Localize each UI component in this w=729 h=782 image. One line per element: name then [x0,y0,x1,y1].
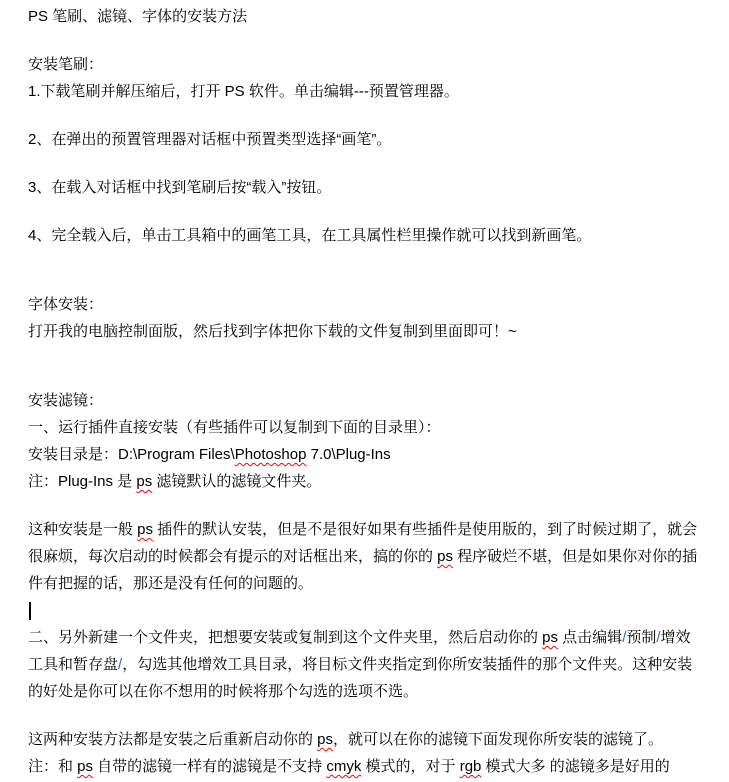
blank-line[interactable] [28,705,703,726]
paragraph[interactable]: 4、完全载入后，单击工具箱中的画笔工具，在工具属性栏里操作就可以找到新画笔。 [28,222,703,249]
blank-line[interactable] [28,105,703,126]
paragraph[interactable]: 二、另外新建一个文件夹，把想要安装或复制到这个文件夹里，然后启动你的 ps 点击… [28,624,703,705]
paragraph[interactable]: 注：和 ps 自带的滤镜一样有的滤镜是不支持 cmyk 模式的，对于 rgb 模… [28,753,703,780]
text-run: 安装笔刷： [28,56,103,73]
text-run: 这种安装是一般 [28,521,137,538]
paragraph[interactable]: 安装滤镜： [28,387,703,414]
blank-line[interactable] [28,153,703,174]
text-run: 3、在载入对话框中找到笔刷后按“载入”按钮。 [28,179,331,196]
text-run: 注：Plug-Ins 是 [28,473,136,490]
text-run: 滤镜默认的滤镜文件夹。 [152,473,321,490]
misspelled-word: ps [136,473,152,490]
paragraph[interactable]: 安装目录是：D:\Program Files\Photoshop 7.0\Plu… [28,441,703,468]
paragraph[interactable]: 这两种安装方法都是安装之后重新启动你的 ps，就可以在你的滤镜下面发现你所安装的… [28,726,703,753]
blank-line[interactable] [28,345,703,366]
text-run: 2、在弹出的预置管理器对话框中预置类型选择“画笔”。 [28,131,391,148]
paragraph[interactable]: 打开我的电脑控制面版，然后找到字体把你下载的文件复制到里面即可！~ [28,318,703,345]
text-run: 模式的，对于 [361,758,459,775]
text-run: PS 笔刷、滤镜、字体的安装方法 [28,8,247,25]
text-run: 注：和 [28,758,77,775]
text-run: 一、运行插件直接安装（有些插件可以复制到下面的目录里）： [28,419,441,436]
misspelled-word: cmyk [326,758,361,775]
paragraph[interactable]: 1.下载笔刷并解压缩后，打开 PS 软件。单击编辑---预置管理器。 [28,78,703,105]
misspelled-word: ps [437,548,453,565]
text-cursor [29,602,31,620]
paragraph[interactable]: 2、在弹出的预置管理器对话框中预置类型选择“画笔”。 [28,126,703,153]
paragraph[interactable]: 这种安装是一般 ps 插件的默认安装，但是不是很好如果有些插件是使用版的，到了时… [28,516,703,597]
blank-line[interactable] [28,249,703,270]
misspelled-word: ps [77,758,93,775]
paragraph[interactable]: 安装笔刷： [28,51,703,78]
paragraph[interactable]: 一、运行插件直接安装（有些插件可以复制到下面的目录里）： [28,414,703,441]
text-run: 字体安装： [28,296,103,313]
paragraph[interactable]: 注：Plug-Ins 是 ps 滤镜默认的滤镜文件夹。 [28,468,703,495]
text-run: 1.下载笔刷并解压缩后，打开 PS 软件。单击编辑---预置管理器。 [28,83,459,100]
blank-line[interactable] [28,495,703,516]
text-run: 预制 [626,629,656,646]
paragraph[interactable]: 字体安装： [28,291,703,318]
paragraph[interactable]: 3、在载入对话框中找到笔刷后按“载入”按钮。 [28,174,703,201]
text-run: 二、另外新建一个文件夹，把想要安装或复制到这个文件夹里，然后启动你的 [28,629,542,646]
misspelled-word: Photoshop [235,446,307,463]
text-run: 安装滤镜： [28,392,103,409]
text-run: 4、完全载入后，单击工具箱中的画笔工具，在工具属性栏里操作就可以找到新画笔。 [28,227,591,244]
blank-line[interactable] [28,270,703,291]
blank-line[interactable] [28,366,703,387]
text-document[interactable]: PS 笔刷、滤镜、字体的安装方法安装笔刷：1.下载笔刷并解压缩后，打开 PS 软… [0,0,729,782]
text-run: 打开我的电脑控制面版，然后找到字体把你下载的文件复制到里面即可！~ [28,323,517,340]
paragraph[interactable]: PS 笔刷、滤镜、字体的安装方法 [28,3,703,30]
text-run: 安装目录是：D:\Program Files\ [28,446,235,463]
text-run: 7.0\Plug-Ins [306,446,390,463]
text-run: 模式大多 的滤镜多是好用的 [481,758,669,775]
text-run: ，勾选其他增效工具目录，将目标文件夹指定到你所安装插件的那个文件夹。这种安装的好… [28,656,692,700]
misspelled-word: ps [137,521,153,538]
text-run: 自带的滤镜一样有的滤镜是不支持 [93,758,326,775]
misspelled-word: ps [542,629,558,646]
blank-line[interactable] [28,30,703,51]
cursor-line[interactable] [28,597,703,624]
blank-line[interactable] [28,201,703,222]
misspelled-word: ps [317,731,333,748]
text-run: ，就可以在你的滤镜下面发现你所安装的滤镜了。 [333,731,663,748]
text-run: 这两种安装方法都是安装之后重新启动你的 [28,731,317,748]
misspelled-word: rgb [460,758,482,775]
text-run: 点击编辑 [558,629,622,646]
